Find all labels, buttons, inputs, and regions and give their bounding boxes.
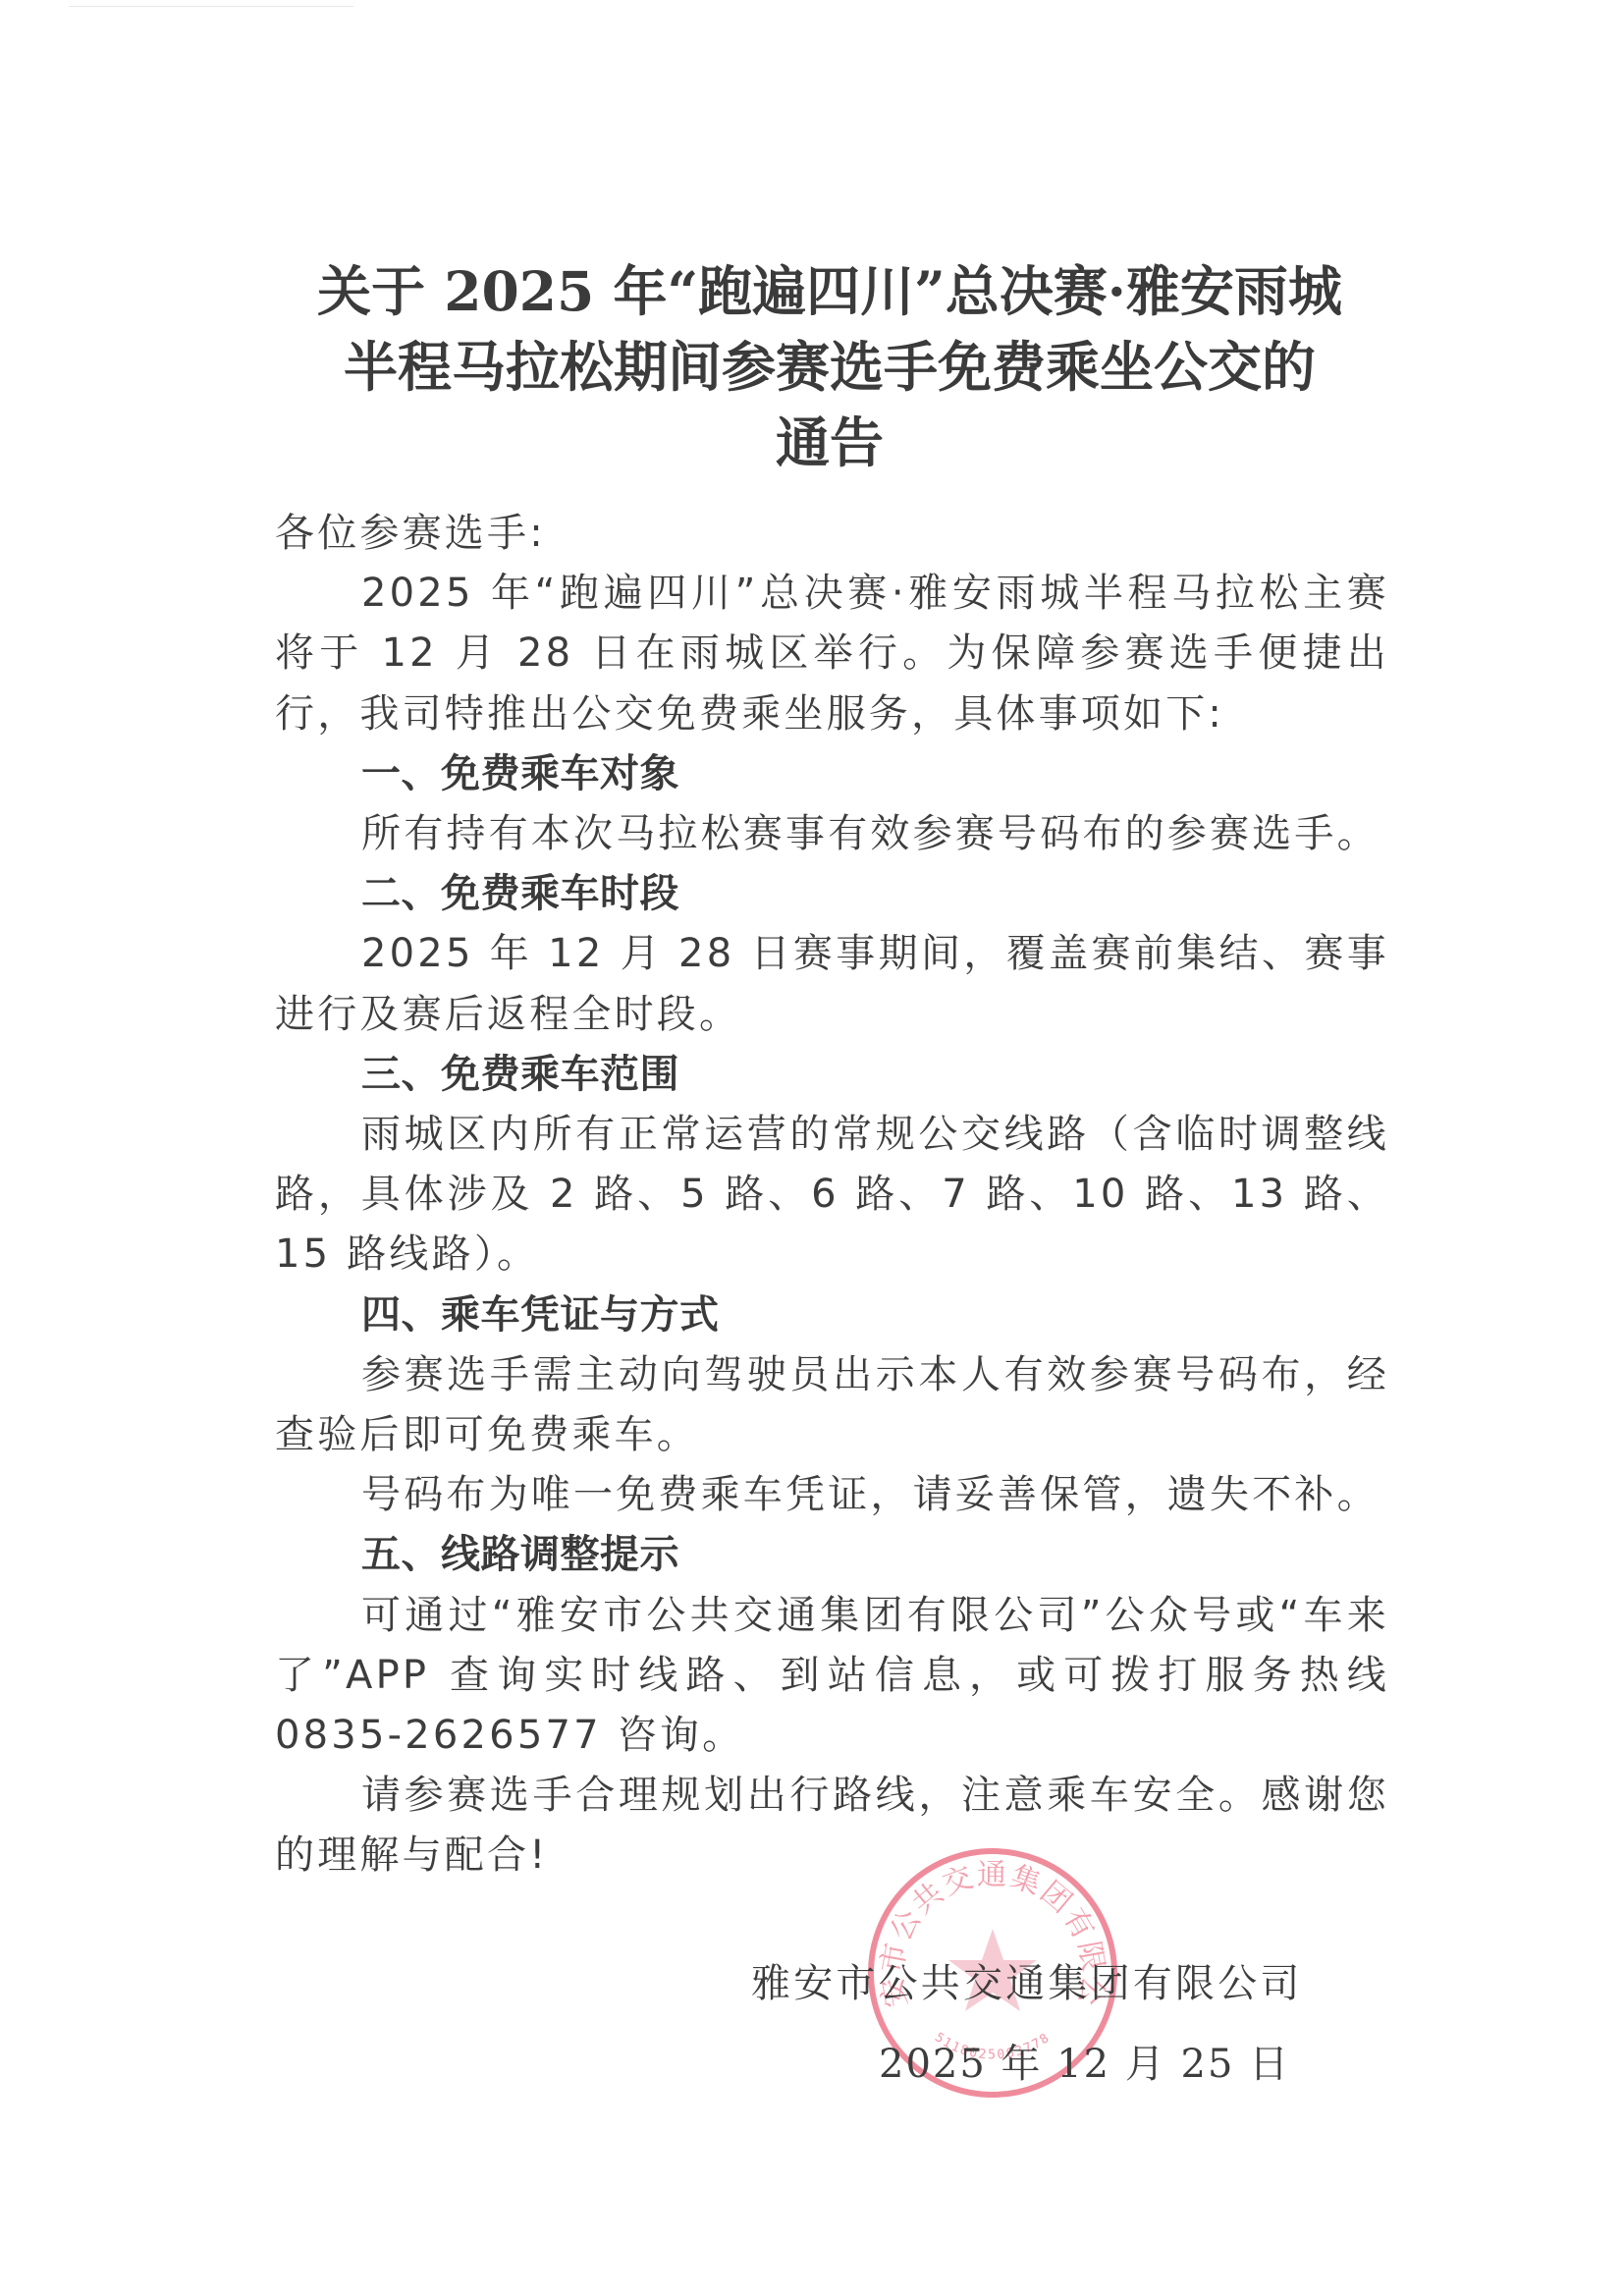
document-title: 关于 2025 年“跑遍四川”总决赛·雅安雨城 半程马拉松期间参赛选手免费乘坐公… <box>265 253 1394 480</box>
section-3-paragraph: 雨城区内所有正常运营的常规公交线路（含临时调整线路，具体涉及 2 路、5 路、6… <box>275 1105 1389 1285</box>
section-1-paragraph: 所有持有本次马拉松赛事有效参赛号码布的参赛选手。 <box>275 804 1389 864</box>
issue-date: 2025 年 12 月 25 日 <box>879 2035 1290 2095</box>
salutation: 各位参赛选手: <box>275 504 1389 564</box>
closing-paragraph: 请参赛选手合理规划出行路线，注意乘车安全。感谢您的理解与配合! <box>275 1766 1389 1886</box>
title-line-2: 半程马拉松期间参赛选手免费乘坐公交的 <box>265 329 1394 405</box>
section-2-paragraph: 2025 年 12 月 28 日赛事期间，覆盖赛前集结、赛事进行及赛后返程全时段… <box>275 924 1389 1044</box>
issuer-signature: 雅安市公共交通集团有限公司 <box>751 1954 1303 2014</box>
section-5-paragraph: 可通过“雅安市公共交通集团有限公司”公众号或“车来了”APP 查询实时线路、到站… <box>275 1586 1389 1767</box>
intro-paragraph: 2025 年“跑遍四川”总决赛·雅安雨城半程马拉松主赛将于 12 月 28 日在… <box>275 564 1389 744</box>
section-heading-2: 二、免费乘车时段 <box>275 864 1389 924</box>
section-heading-3: 三、免费乘车范围 <box>275 1045 1389 1105</box>
section-heading-4: 四、乘车凭证与方式 <box>275 1285 1389 1345</box>
document-page: 关于 2025 年“跑遍四川”总决赛·雅安雨城 半程马拉松期间参赛选手免费乘坐公… <box>0 0 1623 2296</box>
title-line-1: 关于 2025 年“跑遍四川”总决赛·雅安雨城 <box>265 253 1394 329</box>
section-heading-1: 一、免费乘车对象 <box>275 744 1389 804</box>
section-4-paragraph-1: 参赛选手需主动向驾驶员出示本人有效参赛号码布，经查验后即可免费乘车。 <box>275 1345 1389 1465</box>
section-heading-5: 五、线路调整提示 <box>275 1525 1389 1585</box>
title-line-3: 通告 <box>265 405 1394 480</box>
section-4-paragraph-2: 号码布为唯一免费乘车凭证，请妥善保管，遗失不补。 <box>275 1465 1389 1525</box>
document-body: 各位参赛选手: 2025 年“跑遍四川”总决赛·雅安雨城半程马拉松主赛将于 12… <box>275 504 1389 1886</box>
scan-artifact-line <box>69 6 353 7</box>
